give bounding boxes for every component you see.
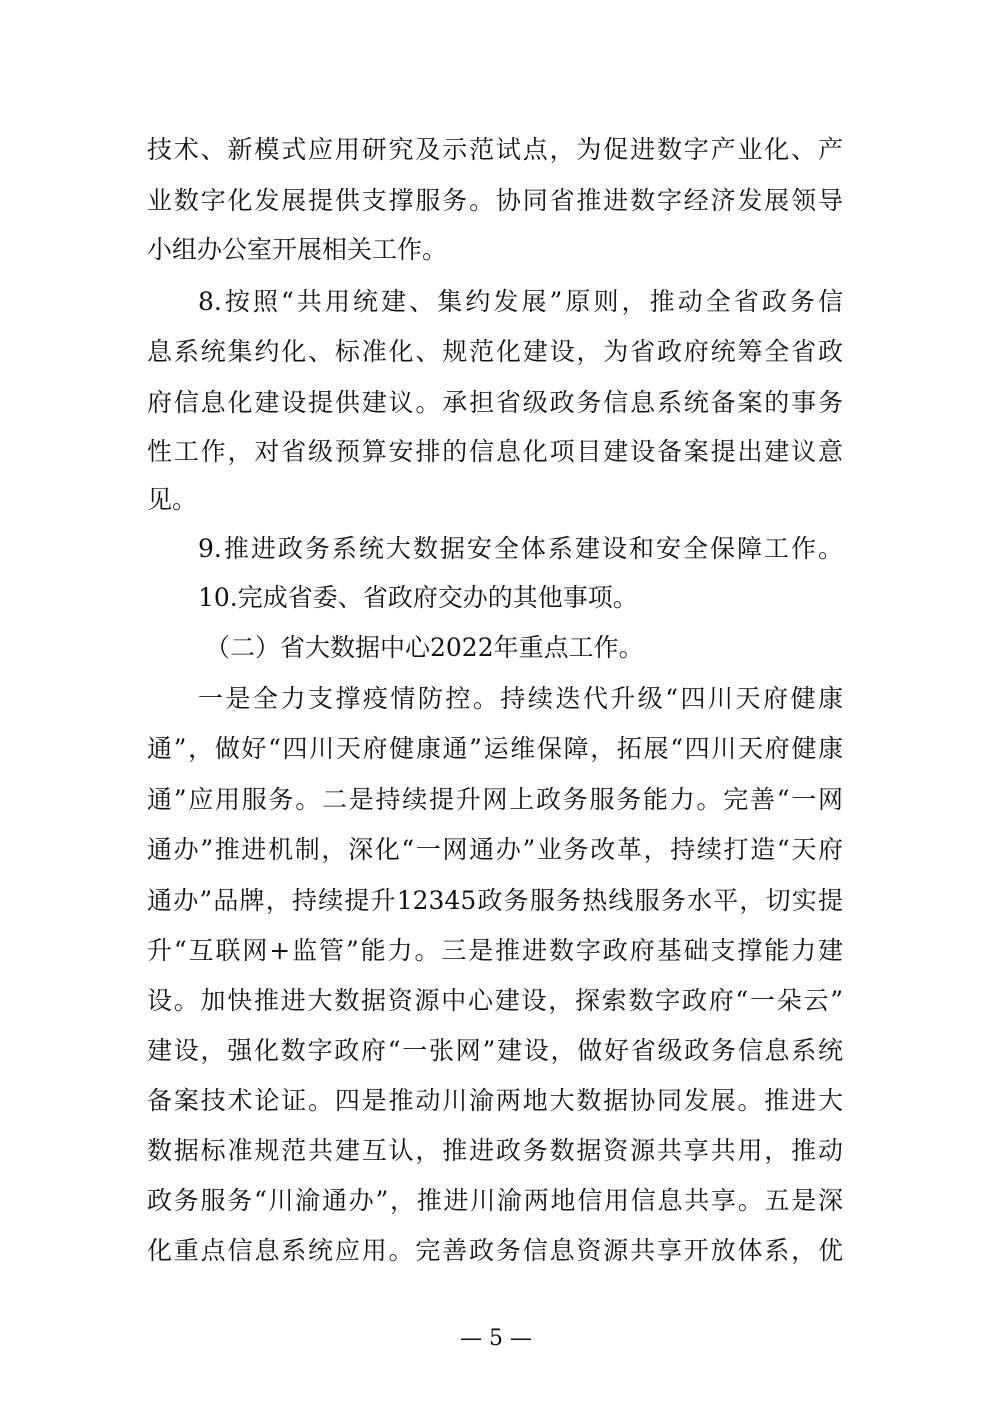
paragraph-line: 业数字化发展提供支撑服务。协同省推进数字经济发展领导 — [147, 181, 843, 221]
paragraph-line: 一是全力支撑疫情防控。持续迭代升级“四川天府健康 — [198, 679, 843, 719]
paragraph-line: 通”应用服务。二是持续提升网上政务服务能力。完善“一网 — [147, 780, 843, 820]
page-number: — 5 — — [0, 1321, 992, 1357]
paragraph-line: 政务服务“川渝通办”，推进川渝两地信用信息共享。五是深 — [147, 1181, 843, 1221]
paragraph-line: 设。加快推进大数据资源中心建设，探索数字政府“一朵云” — [147, 981, 843, 1021]
section-heading: （二）省大数据中心2022年重点工作。 — [205, 628, 644, 668]
paragraph-line: 建设，强化数字政府“一张网”建设，做好省级政务信息系统 — [147, 1031, 843, 1071]
item-10-line: 10.完成省委、省政府交办的其他事项。 — [198, 578, 638, 618]
paragraph-line: 备案技术论证。四是推动川渝两地大数据协同发展。推进大 — [147, 1081, 843, 1121]
paragraph-line: 见。 — [147, 480, 843, 520]
paragraph-line: 升“互联网+监管”能力。三是推进数字政府基础支撑能力建 — [147, 931, 843, 971]
paragraph-line: 化重点信息系统应用。完善政务信息资源共享开放体系，优 — [147, 1231, 843, 1271]
paragraph-line: 通办”推进机制，深化“一网通办”业务改革，持续打造“天府 — [147, 830, 843, 870]
paragraph-line: 小组办公室开展相关工作。 — [147, 230, 843, 270]
paragraph-line: 息系统集约化、标准化、规范化建设，为省政府统筹全省政 — [147, 332, 843, 372]
paragraph-line: 性工作，对省级预算安排的信息化项目建设备案提出建议意 — [147, 432, 843, 472]
item-9-line: 9.推进政务系统大数据安全体系建设和安全保障工作。 — [198, 529, 843, 569]
paragraph-line: 通办”品牌，持续提升12345政务服务热线服务水平，切实提 — [147, 881, 843, 921]
paragraph-line: 技术、新模式应用研究及示范试点，为促进数字产业化、产 — [147, 130, 843, 170]
item-8-line: 8.按照“共用统建、集约发展”原则，推动全省政务信 — [198, 282, 843, 322]
document-page: 技术、新模式应用研究及示范试点，为促进数字产业化、产 业数字化发展提供支撑服务。… — [0, 0, 992, 1403]
paragraph-line: 通”，做好“四川天府健康通”运维保障，拓展“四川天府健康 — [147, 729, 843, 769]
paragraph-line: 府信息化建设提供建议。承担省级政务信息系统备案的事务 — [147, 383, 843, 423]
paragraph-line: 数据标准规范共建互认，推进政务数据资源共享共用，推动 — [147, 1131, 843, 1171]
